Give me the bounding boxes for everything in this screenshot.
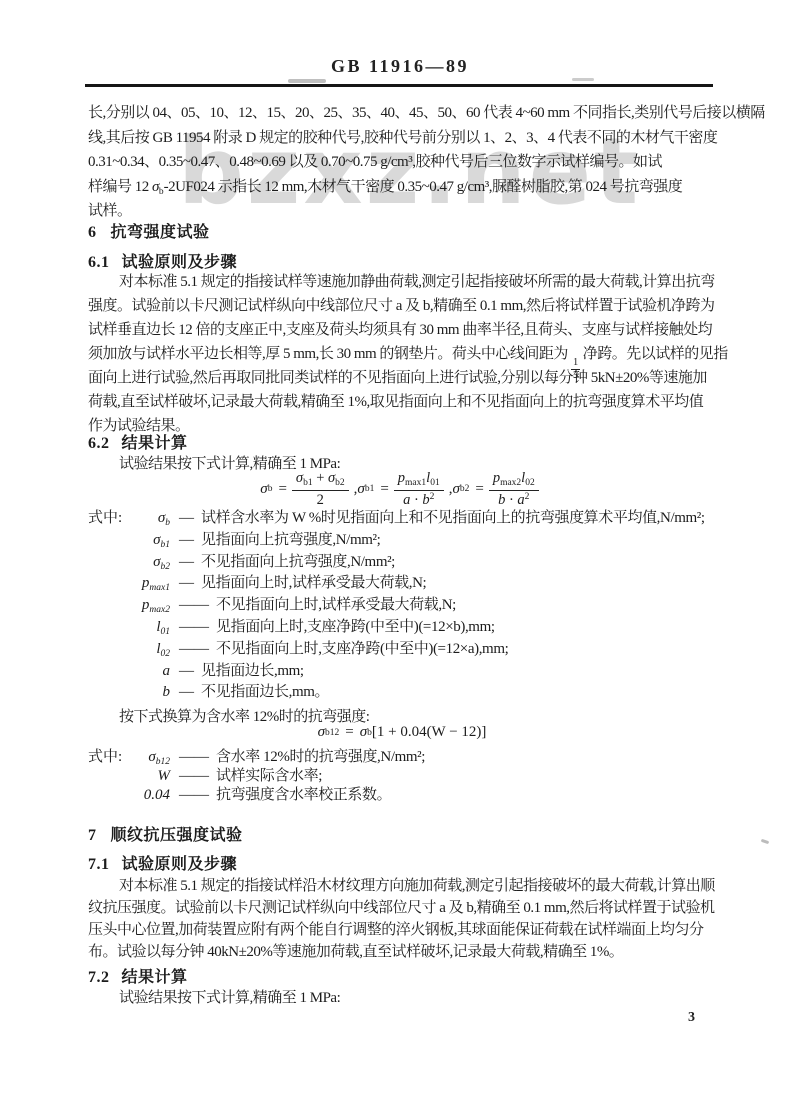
intro-paragraph: 长,分别以 04、05、10、12、15、20、25、35、40、45、50、6… [88, 101, 728, 224]
symbol-definitions-list: 式中: σb — 试样含水率为 W %时见指面向上和不见指面向上的抗弯强度算术平… [88, 508, 738, 704]
where-label: 式中: [88, 508, 134, 530]
definition-row: l02 —— 不见指面向上时,支座净跨(中至中)(=12×a),mm; [88, 639, 738, 661]
header-divider-rule [85, 84, 713, 87]
moisture-conversion-formula: σb12 = σb [1 + 0.04(W − 12)] [88, 724, 716, 741]
symbol-definitions-list-2: 式中: σb12 —— 含水率 12%时的抗弯强度,N/mm²; W —— 试样… [88, 748, 738, 805]
definition-row: σb1 — 见指面向上抗弯强度,N/mm²; [88, 530, 738, 552]
definition-row: 式中: σb — 试样含水率为 W %时见指面向上和不见指面向上的抗弯强度算术平… [88, 508, 738, 530]
scan-artifact [572, 78, 594, 81]
definition-row: a — 见指面边长,mm; [88, 661, 738, 683]
scan-artifact [288, 79, 326, 83]
bending-strength-formula: σb = σb1 + σb2 2 , σb1 = pmax1l01 a · b2… [88, 470, 716, 509]
scanned-standard-page: bzxz.net GB 11916—89 长,分别以 04、05、10、12、1… [0, 0, 800, 1102]
definition-row: b — 不见指面边长,mm。 [88, 682, 738, 704]
section-6-1-heading: 6.1试验原则及步骤 [88, 249, 237, 272]
page-number: 3 [688, 1010, 695, 1026]
paragraph-line: 压头中心位置,加荷装置应附有两个能自行调整的淬火钢板,其球面能保证荷载在试样端面… [88, 919, 733, 941]
paragraph-line: 0.31~0.34、0.35~0.47、0.48~0.69 以及 0.70~0.… [88, 150, 728, 175]
formula-intro-line-72: 试验结果按下式计算,精确至 1 MPa: [119, 986, 340, 1011]
where-label: 式中: [88, 748, 134, 767]
sigma-symbol: σ [152, 179, 159, 195]
paragraph-line: 长,分别以 04、05、10、12、15、20、25、35、40、45、50、6… [88, 101, 728, 126]
definition-row: pmax1 — 见指面向上时,试样承受最大荷载,N; [88, 573, 738, 595]
paragraph-line: 强度。试验前以卡尺测记试样纵向中线部位尺寸 a 及 b,精确至 0.1 mm,然… [88, 294, 733, 318]
paragraph-line: 线,其后按 GB 11954 附录 D 规定的胶种代号,胶种代号前分别以 1、2… [88, 126, 728, 151]
section-6-1-paragraph: 对本标准 5.1 规定的指接试样等速施加静曲荷载,测定引起指接破坏所需的最大荷载… [88, 270, 733, 438]
section-7-1-paragraph: 对本标准 5.1 规定的指接试样沿木材纹理方向施加荷载,测定引起指接破坏的最大荷… [88, 875, 733, 963]
document-number-header: GB 11916—89 [0, 56, 800, 77]
definition-row: σb2 — 不见指面向上抗弯强度,N/mm²; [88, 552, 738, 574]
paragraph-line: 布。试验以每分钟 40kN±20%等速施加荷载,直至试样破坏,记录最大荷载,精确… [88, 941, 733, 963]
definition-row: pmax2 —— 不见指面向上时,试样承受最大荷载,N; [88, 595, 738, 617]
section-6-heading: 6抗弯强度试验 [88, 219, 210, 242]
paragraph-line: 须加放与试样水平边长相等,厚 5 mm,长 30 mm 的钢垫片。荷头中心线间距… [88, 342, 733, 366]
definition-row: 0.04 —— 抗弯强度含水率校正系数。 [88, 786, 738, 805]
symbol: 0.04 [134, 786, 170, 810]
scan-artifact [761, 839, 770, 844]
fraction: pmax2l02 b · a2 [489, 470, 539, 509]
paragraph-line: 荷载,直至试样破坏,记录最大荷载,精确至 1%,取见指面向上和不见指面向上的抗弯… [88, 390, 733, 414]
fraction: pmax1l01 a · b2 [394, 470, 444, 509]
fraction: σb1 + σb2 2 [292, 470, 349, 509]
definition-row: W —— 试样实际含水率; [88, 767, 738, 786]
paragraph-line: 纹抗压强度。试验前以卡尺测记试样纵向中线部位尺寸 a 及 b,精确至 0.1 m… [88, 897, 733, 919]
paragraph-line: 样编号 12 σb-2UF024 示指长 12 mm,木材气干密度 0.35~0… [88, 175, 728, 200]
paragraph-line: 试样垂直边长 12 倍的支座正中,支座及荷头均须具有 30 mm 曲率半径,且荷… [88, 318, 733, 342]
section-7-heading: 7顺纹抗压强度试验 [88, 822, 243, 845]
section-6-2-heading: 6.2结果计算 [88, 430, 188, 453]
paragraph-line: 面向上进行试验,然后再取同批同类试样的不见指面向上进行试验,分别以每分钟 5kN… [88, 366, 733, 390]
definition-row: l01 —— 见指面向上时,支座净跨(中至中)(=12×b),mm; [88, 617, 738, 639]
paragraph-line: 对本标准 5.1 规定的指接试样等速施加静曲荷载,测定引起指接破坏所需的最大荷载… [88, 270, 733, 294]
section-7-2-heading: 7.2结果计算 [88, 964, 188, 987]
paragraph-line: 对本标准 5.1 规定的指接试样沿木材纹理方向施加荷载,测定引起指接破坏的最大荷… [88, 875, 733, 897]
section-7-1-heading: 7.1试验原则及步骤 [88, 851, 237, 874]
definition-row: 式中: σb12 —— 含水率 12%时的抗弯强度,N/mm²; [88, 748, 738, 767]
